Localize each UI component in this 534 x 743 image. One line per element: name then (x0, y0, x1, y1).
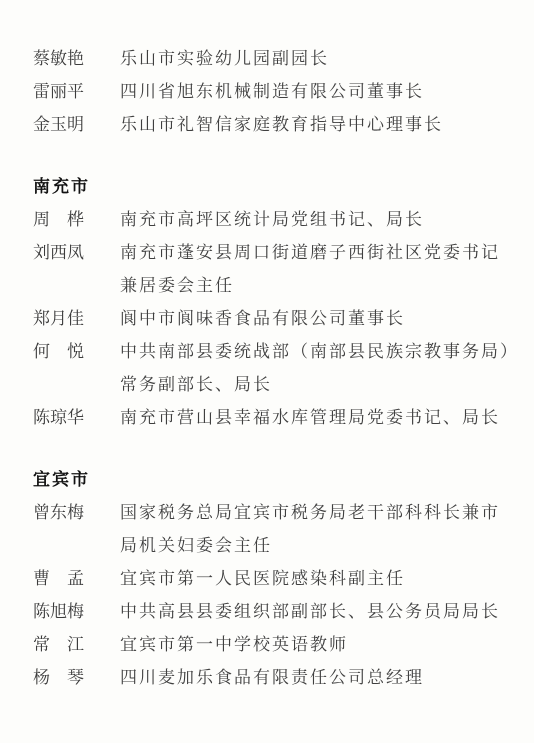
entry-name: 常江 (33, 628, 84, 661)
entry-position: 乐山市礼智信家庭教育指导中心理事长 (120, 108, 506, 141)
entry-position: 南充市蓬安县周口街道磨子西街社区党委书记 兼居委会主任 (120, 236, 506, 302)
entry-name: 曾东梅 (33, 496, 84, 529)
entry-position: 南充市营山县幸福水库管理局党委书记、局长 (120, 401, 506, 434)
entry-name: 陈旭梅 (33, 595, 84, 628)
entry-row: 曹孟 宜宾市第一人民医院感染科副主任 (33, 562, 506, 595)
entry-position: 中共高县县委组织部副部长、县公务员局局长 (120, 595, 506, 628)
entry-position: 南充市高坪区统计局党组书记、局长 (120, 203, 506, 236)
entry-name: 曹孟 (33, 562, 84, 595)
entry-position: 国家税务总局宜宾市税务局老干部科科长兼市 局机关妇委会主任 (120, 496, 506, 562)
entry-position-line: 中共高县县委组织部副部长、县公务员局局长 (120, 595, 506, 628)
entry-position: 乐山市实验幼儿园副园长 (120, 42, 506, 75)
entry-position-line: 南充市高坪区统计局党组书记、局长 (120, 203, 506, 236)
entry-position-line: 四川省旭东机械制造有限公司董事长 (120, 75, 506, 108)
document-page: 蔡敏艳 乐山市实验幼儿园副园长 雷丽平 四川省旭东机械制造有限公司董事长 金玉明… (0, 0, 534, 743)
entry-position-line: 乐山市实验幼儿园副园长 (120, 42, 506, 75)
entry-row: 刘西凤 南充市蓬安县周口街道磨子西街社区党委书记 兼居委会主任 (33, 236, 506, 302)
entry-row: 郑月佳 阆中市阆味香食品有限公司董事长 (33, 302, 506, 335)
entry-position: 宜宾市第一中学校英语教师 (120, 628, 506, 661)
section-entries: 周桦 南充市高坪区统计局党组书记、局长 刘西凤 南充市蓬安县周口街道磨子西街社区… (33, 203, 506, 434)
entry-position-line: 局机关妇委会主任 (120, 529, 506, 562)
entry-name: 何悦 (33, 335, 84, 368)
entry-position-line: 兼居委会主任 (120, 269, 506, 302)
entry-name: 周桦 (33, 203, 84, 236)
entry-position-line: 常务副部长、局长 (120, 368, 519, 401)
section-entries: 曾东梅 国家税务总局宜宾市税务局老干部科科长兼市 局机关妇委会主任 曹孟 宜宾市… (33, 496, 506, 694)
entry-position-line: 南充市蓬安县周口街道磨子西街社区党委书记 (120, 236, 506, 269)
entry-position-line: 宜宾市第一人民医院感染科副主任 (120, 562, 506, 595)
sections-container: 蔡敏艳 乐山市实验幼儿园副园长 雷丽平 四川省旭东机械制造有限公司董事长 金玉明… (33, 42, 506, 694)
entry-position: 宜宾市第一人民医院感染科副主任 (120, 562, 506, 595)
entry-position: 四川麦加乐食品有限责任公司总经理 (120, 661, 506, 694)
entry-row: 曾东梅 国家税务总局宜宾市税务局老干部科科长兼市 局机关妇委会主任 (33, 496, 506, 562)
section: 南充市 周桦 南充市高坪区统计局党组书记、局长 刘西凤 南充市蓬安县周口街道磨子… (33, 170, 506, 434)
entry-position-line: 南充市营山县幸福水库管理局党委书记、局长 (120, 401, 506, 434)
section-heading: 宜宾市 (33, 463, 506, 496)
entry-position-line: 宜宾市第一中学校英语教师 (120, 628, 506, 661)
entry-name: 杨琴 (33, 661, 84, 694)
section-heading: 南充市 (33, 170, 506, 203)
entry-row: 常江 宜宾市第一中学校英语教师 (33, 628, 506, 661)
entry-row: 陈旭梅 中共高县县委组织部副部长、县公务员局局长 (33, 595, 506, 628)
entry-row: 周桦 南充市高坪区统计局党组书记、局长 (33, 203, 506, 236)
section-entries: 蔡敏艳 乐山市实验幼儿园副园长 雷丽平 四川省旭东机械制造有限公司董事长 金玉明… (33, 42, 506, 141)
entry-position-line: 四川麦加乐食品有限责任公司总经理 (120, 661, 506, 694)
entry-position-line: 乐山市礼智信家庭教育指导中心理事长 (120, 108, 506, 141)
entry-position-line: 阆中市阆味香食品有限公司董事长 (120, 302, 506, 335)
entry-name: 雷丽平 (33, 75, 84, 108)
section: 蔡敏艳 乐山市实验幼儿园副园长 雷丽平 四川省旭东机械制造有限公司董事长 金玉明… (33, 42, 506, 141)
entry-position-line: 国家税务总局宜宾市税务局老干部科科长兼市 (120, 496, 506, 529)
entry-row: 蔡敏艳 乐山市实验幼儿园副园长 (33, 42, 506, 75)
entry-name: 金玉明 (33, 108, 84, 141)
entry-position-line: 中共南部县委统战部（南部县民族宗教事务局） (120, 335, 519, 368)
entry-name: 刘西凤 (33, 236, 84, 269)
entry-row: 陈琼华 南充市营山县幸福水库管理局党委书记、局长 (33, 401, 506, 434)
entry-row: 金玉明 乐山市礼智信家庭教育指导中心理事长 (33, 108, 506, 141)
entry-row: 雷丽平 四川省旭东机械制造有限公司董事长 (33, 75, 506, 108)
entry-name: 郑月佳 (33, 302, 84, 335)
entry-name: 陈琼华 (33, 401, 84, 434)
entry-row: 杨琴 四川麦加乐食品有限责任公司总经理 (33, 661, 506, 694)
entry-name: 蔡敏艳 (33, 42, 84, 75)
entry-position: 四川省旭东机械制造有限公司董事长 (120, 75, 506, 108)
entry-row: 何悦 中共南部县委统战部（南部县民族宗教事务局） 常务副部长、局长 (33, 335, 506, 401)
entry-position: 中共南部县委统战部（南部县民族宗教事务局） 常务副部长、局长 (120, 335, 519, 401)
entry-position: 阆中市阆味香食品有限公司董事长 (120, 302, 506, 335)
section: 宜宾市 曾东梅 国家税务总局宜宾市税务局老干部科科长兼市 局机关妇委会主任 曹孟… (33, 463, 506, 694)
